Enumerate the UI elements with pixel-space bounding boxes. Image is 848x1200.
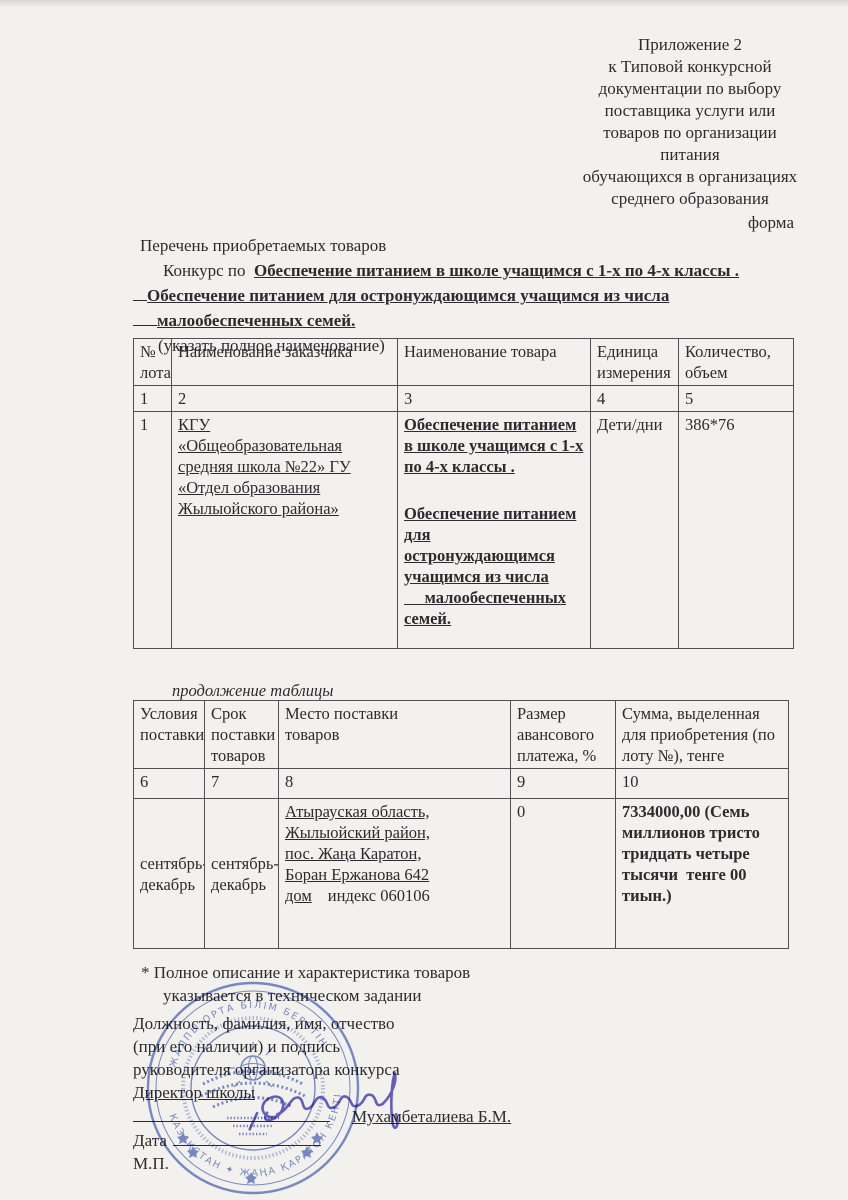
underline-lead bbox=[133, 308, 157, 326]
product-cell: Обеспечение питанием в школе учащимся с … bbox=[398, 412, 591, 649]
place-cell: Атырауская область, Жылыойский район, по… bbox=[279, 799, 511, 949]
sum-cell: 7334000,00 (Семь миллионов тристо тридца… bbox=[616, 799, 789, 949]
col-number: 5 bbox=[679, 386, 794, 412]
table2-header-conditions: Условия поставки bbox=[134, 701, 205, 769]
col-number: 9 bbox=[511, 769, 616, 799]
table1-header-lot: № лота bbox=[134, 339, 172, 386]
underline-lead bbox=[133, 283, 147, 301]
list-title: Перечень приобретаемых товаров bbox=[133, 233, 823, 258]
header-line: документации по выбору bbox=[540, 78, 840, 100]
table1-header-unit: Единица измерения bbox=[591, 339, 679, 386]
product-part3-text: малообеспеченных семей. bbox=[404, 588, 566, 628]
header-line: среднего образования bbox=[540, 188, 840, 210]
procurement-table-2: Условия поставки Срок поставки товаров М… bbox=[133, 700, 789, 949]
header-line: обучающихся в организациях bbox=[540, 166, 840, 188]
contest-prefix: Конкурс по bbox=[163, 261, 246, 280]
table2-data-row: сентябрь-декабрь сентябрь-декабрь Атырау… bbox=[134, 799, 789, 949]
customer-cell: КГУ «Общеобразовательная средняя школа №… bbox=[172, 412, 398, 649]
procurement-table-1: № лота Наименование заказчика Наименован… bbox=[133, 338, 794, 649]
postal-index: индекс 060106 bbox=[328, 886, 430, 905]
contest-subject-3: малообеспеченных семей. bbox=[157, 311, 355, 330]
col-number: 10 bbox=[616, 769, 789, 799]
table1-number-row: 1 2 3 4 5 bbox=[134, 386, 794, 412]
col-number: 3 bbox=[398, 386, 591, 412]
customer-name-line1: КГУ bbox=[178, 414, 391, 435]
header-line: Приложение 2 bbox=[540, 34, 840, 56]
appendix-header: Приложение 2 к Типовой конкурсной докуме… bbox=[540, 34, 840, 234]
table2-header-advance: Размер авансового платежа, % bbox=[511, 701, 616, 769]
form-label: форма bbox=[540, 212, 840, 234]
customer-name-rest: «Общеобразовательная средняя школа №22» … bbox=[178, 435, 391, 519]
conditions-cell: сентябрь-декабрь bbox=[134, 799, 205, 949]
col-number: 4 bbox=[591, 386, 679, 412]
table1-header-quantity: Количество, объем bbox=[679, 339, 794, 386]
col-number: 2 bbox=[172, 386, 398, 412]
table1-header-row: № лота Наименование заказчика Наименован… bbox=[134, 339, 794, 386]
spacer bbox=[404, 477, 584, 503]
term-cell: сентябрь-декабрь bbox=[205, 799, 279, 949]
scanned-document-page: Приложение 2 к Типовой конкурсной докуме… bbox=[0, 0, 848, 1200]
table2-header-place: Место поставки товаров bbox=[279, 701, 511, 769]
contest-line-2: Обеспечение питанием для остронуждающимс… bbox=[133, 283, 823, 308]
col-number: 8 bbox=[279, 769, 511, 799]
table2-header-term: Срок поставки товаров bbox=[205, 701, 279, 769]
table1-header-customer: Наименование заказчика bbox=[172, 339, 398, 386]
contest-line-3: малообеспеченных семей. bbox=[133, 308, 823, 333]
signature-scribble bbox=[242, 1064, 450, 1151]
col-number: 6 bbox=[134, 769, 205, 799]
header-line: к Типовой конкурсной bbox=[540, 56, 840, 78]
product-part2-text: Обеспечение питанием для остронуждающимс… bbox=[404, 504, 576, 586]
scan-edge-shadow bbox=[0, 0, 848, 7]
col-number: 7 bbox=[205, 769, 279, 799]
lot-number-cell: 1 bbox=[134, 412, 172, 649]
table1-header-product: Наименование товара bbox=[398, 339, 591, 386]
header-line: товаров по организации bbox=[540, 122, 840, 144]
table1-data-row: 1 КГУ «Общеобразовательная средняя школа… bbox=[134, 412, 794, 649]
svg-text:ЖАЛПЫ ОРТА БІЛІМ БЕРЕТІН: ЖАЛПЫ ОРТА БІЛІМ БЕРЕТІН bbox=[168, 1000, 330, 1069]
table2-number-row: 6 7 8 9 10 bbox=[134, 769, 789, 799]
table2-header-place-text: Место поставки товаров bbox=[285, 703, 410, 745]
col-number: 1 bbox=[134, 386, 172, 412]
contest-subject-1: Обеспечение питанием в школе учащимся с … bbox=[254, 261, 739, 280]
contest-line-1: Конкурс по Обеспечение питанием в школе … bbox=[133, 258, 823, 283]
table-continuation-label: продолжение таблицы bbox=[172, 681, 333, 701]
contest-subject-2: Обеспечение питанием для остронуждающимс… bbox=[147, 286, 669, 305]
stamp-arc-top-text: ЖАЛПЫ ОРТА БІЛІМ БЕРЕТІН bbox=[168, 1000, 330, 1069]
header-line: поставщика услуги или bbox=[540, 100, 840, 122]
unit-cell: Дети/дни bbox=[591, 412, 679, 649]
advance-cell: 0 bbox=[511, 799, 616, 949]
quantity-cell: 386*76 bbox=[679, 412, 794, 649]
product-part1: Обеспечение питанием в школе учащимся с … bbox=[404, 414, 584, 477]
product-part2: Обеспечение питанием для остронуждающимс… bbox=[404, 503, 584, 629]
table2-header-sum: Сумма, выделенная для приобретения (по л… bbox=[616, 701, 789, 769]
table2-header-row: Условия поставки Срок поставки товаров М… bbox=[134, 701, 789, 769]
header-line: питания bbox=[540, 144, 840, 166]
